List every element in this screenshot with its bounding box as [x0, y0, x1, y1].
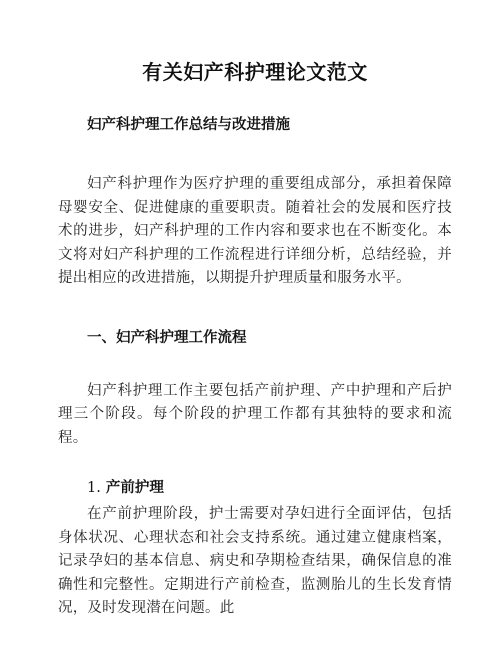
subsection-title: 产前护理 [106, 479, 164, 496]
document-title: 有关妇产科护理论文范文 [58, 58, 452, 86]
subsection-heading-prenatal-care: 1.产前护理 [58, 477, 452, 499]
section-heading-workflow: 一、妇产科护理工作流程 [58, 327, 452, 349]
paragraph-intro: 妇产科护理作为医疗护理的重要组成部分，承担着保障母婴安全、促进健康的重要职责。随… [58, 173, 452, 291]
subsection-number: 1. [87, 480, 101, 496]
paragraph-workflow: 妇产科护理工作主要包括产前护理、产中护理和产后护理三个阶段。每个阶段的护理工作都… [58, 380, 452, 451]
paragraph-prenatal-care: 在产前护理阶段，护士需要对孕妇进行全面评估，包括身体状况、心理状态和社会支持系统… [58, 503, 452, 621]
section-heading-summary: 妇产科护理工作总结与改进措施 [58, 114, 452, 136]
document-page: 有关妇产科护理论文范文 妇产科护理工作总结与改进措施 妇产科护理作为医疗护理的重… [0, 0, 500, 647]
